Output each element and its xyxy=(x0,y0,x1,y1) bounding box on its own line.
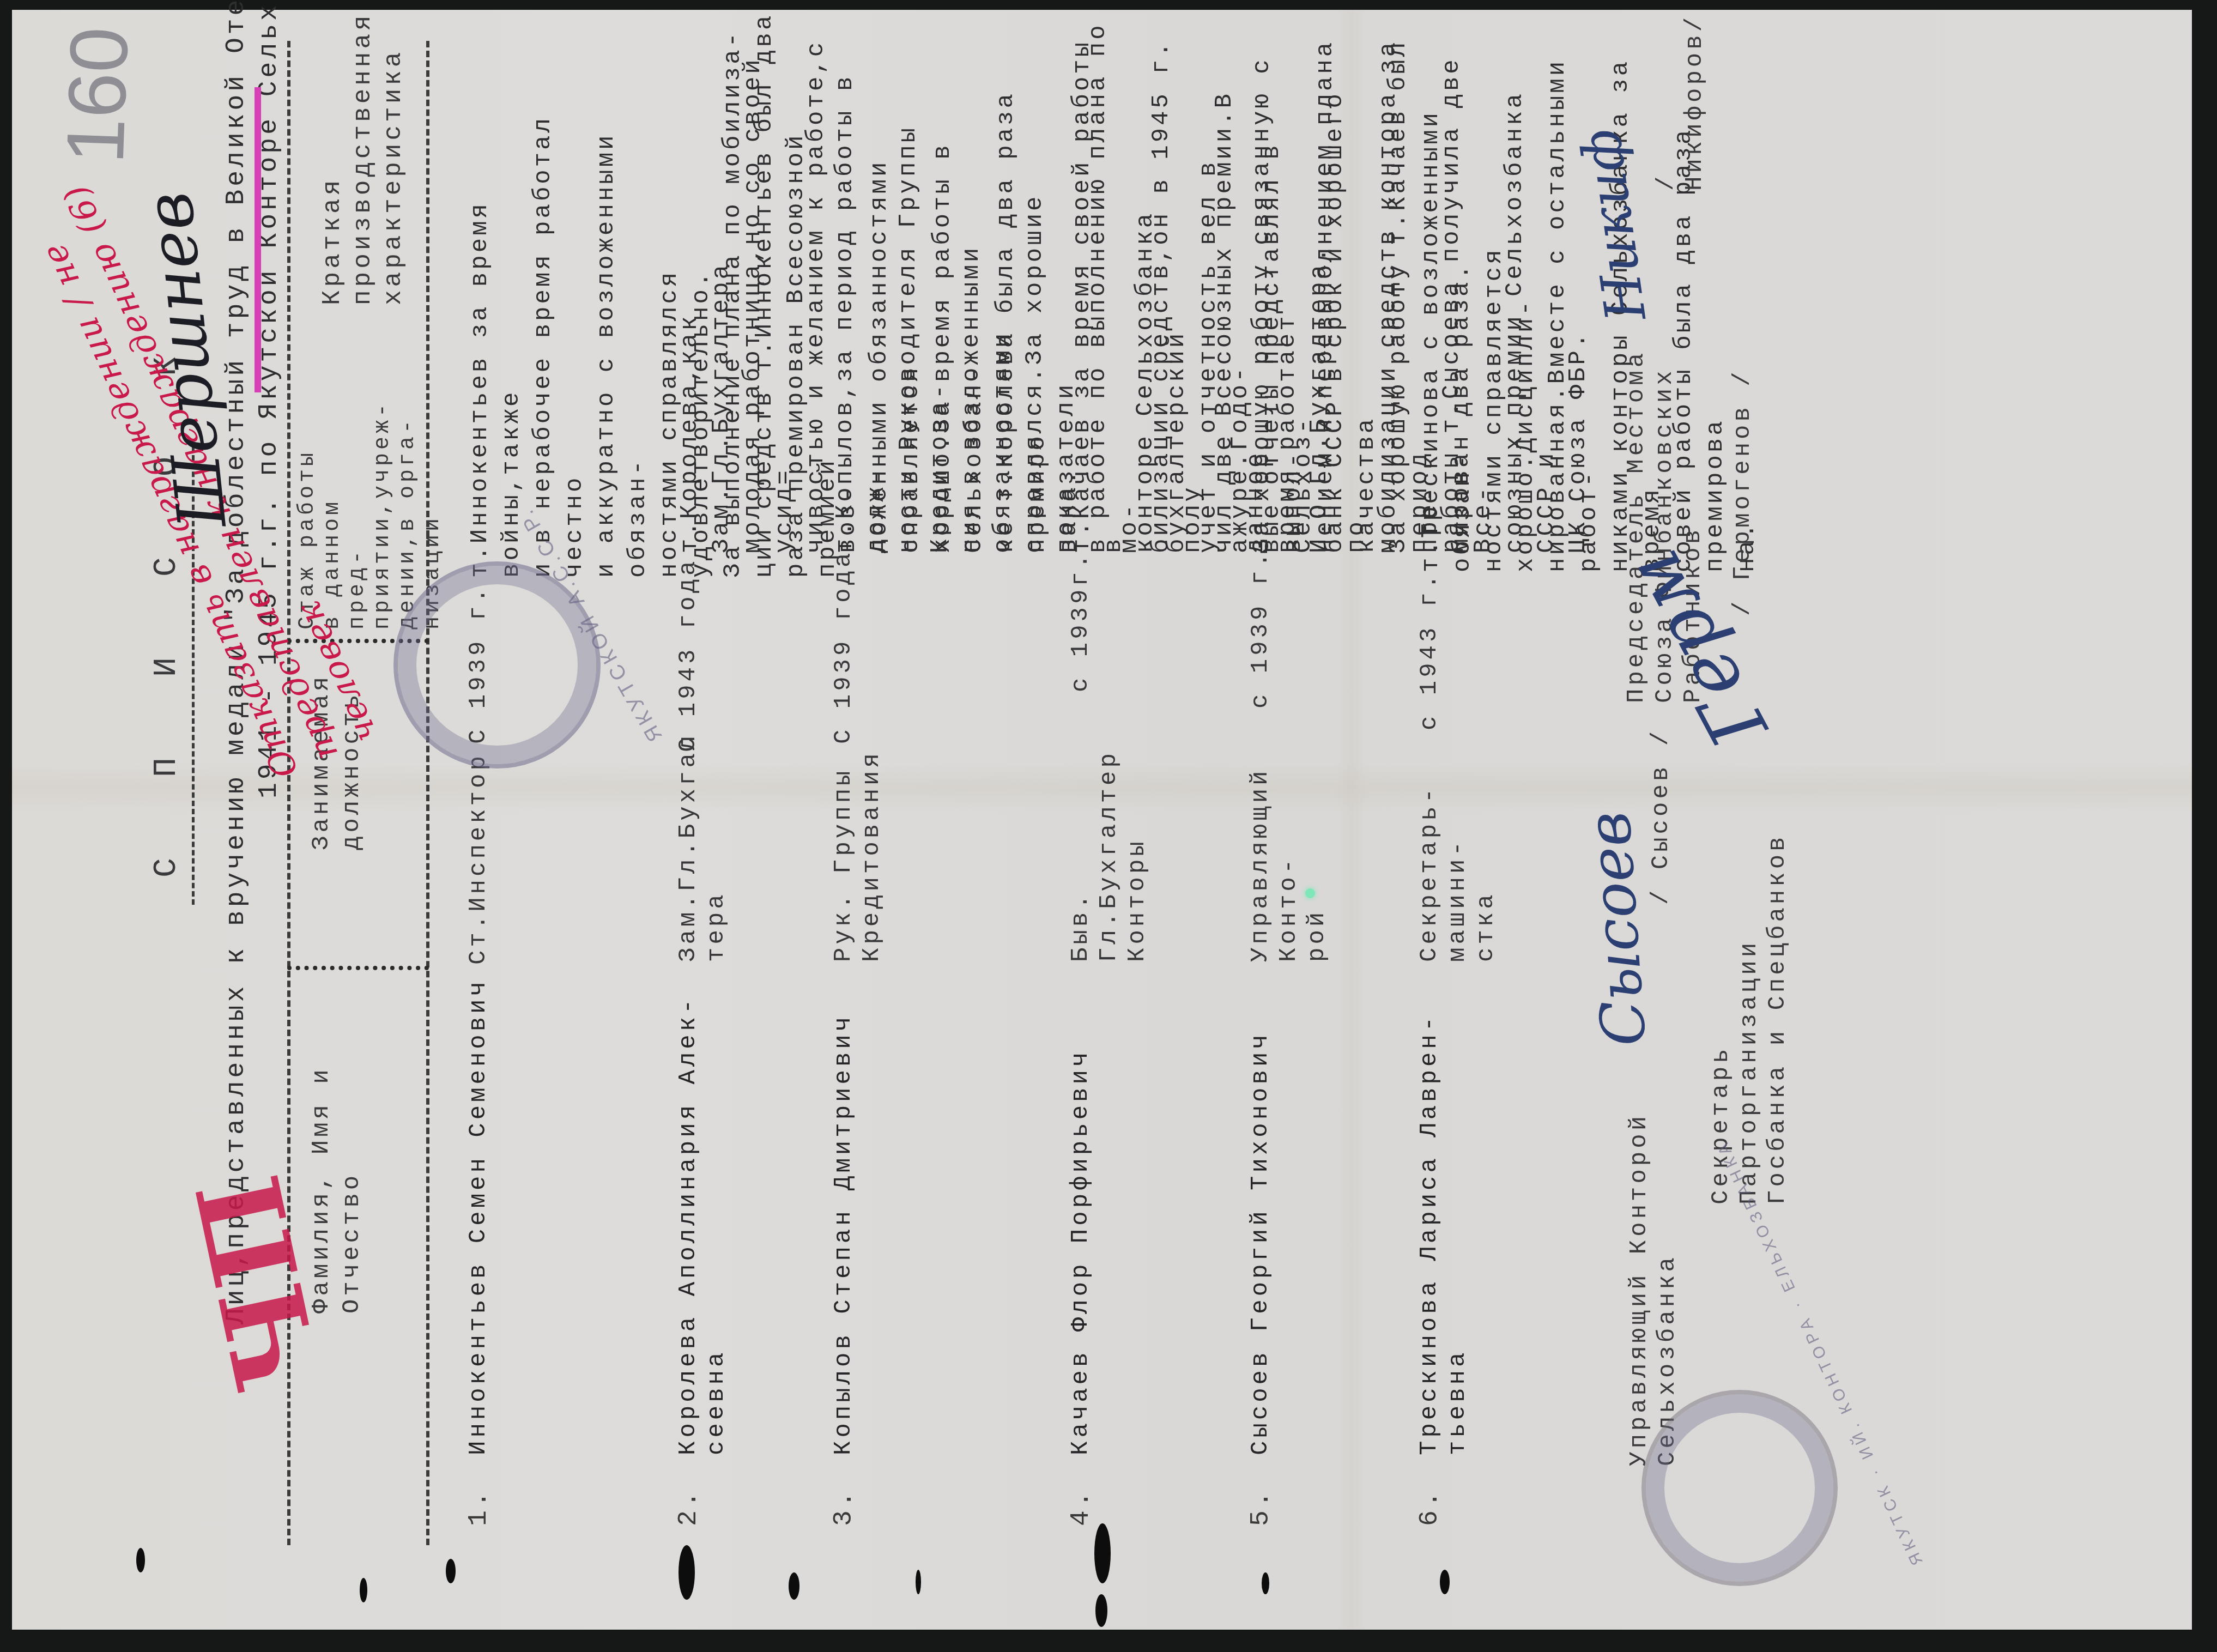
column-header-characterization: Краткая производственная характеристика xyxy=(317,0,409,305)
union-printed-name: /Никифоров/ xyxy=(1652,10,1709,191)
punch-hole xyxy=(446,1559,456,1583)
manager-signature-label: Управляющий Конторой Сельхозбанка xyxy=(1625,976,1682,1466)
archival-document: 160 С П И С О К Лиц,представленных к вру… xyxy=(12,10,2192,1630)
row-5-name: Сысоев Георгий Тихонович xyxy=(1246,965,1275,1455)
row-2-name: Королева Аполлинария Алек- сеевна xyxy=(674,965,731,1455)
punch-hole xyxy=(1262,1572,1269,1594)
row-1-name: Иннокентьев Семен Семенович xyxy=(464,965,493,1455)
ink-blot xyxy=(1094,1523,1111,1583)
row-3-name: Копылов Степан Дмитриевич xyxy=(829,965,858,1455)
punch-hole xyxy=(916,1570,921,1594)
row-1-position: Ст.Инспектор xyxy=(464,747,493,965)
row-3-position: Рук. Группы Кредитования xyxy=(829,733,886,962)
party-signature-label: Секретарь Парторганизации Госбанка и Спе… xyxy=(1707,768,1792,1205)
punch-hole xyxy=(1440,1570,1450,1594)
row-4-position: Быв. Гл.Бухгалтер Конторы xyxy=(1067,679,1152,962)
official-stamp-bottom xyxy=(1641,1390,1838,1586)
row-6-name: Трескинова Лариса Лаврен- тьевна xyxy=(1415,965,1472,1455)
punch-hole xyxy=(360,1578,367,1602)
scanner-artifact-dot xyxy=(1305,888,1315,898)
punch-hole xyxy=(1095,1594,1107,1627)
magenta-marker-underline xyxy=(255,87,261,392)
table-header-bottom-rule xyxy=(426,41,429,1545)
row-5-number: 5. xyxy=(1246,1488,1276,1526)
manager-printed-name: / Сысоев / xyxy=(1647,728,1675,905)
row-6-characterization: т.Трескинова с возложенными обязан- ност… xyxy=(1415,16,1763,572)
row-2-position: Зам.Гл.Бухгал тера xyxy=(674,717,731,962)
row-6-number: 6. xyxy=(1415,1488,1445,1526)
punch-hole xyxy=(136,1548,145,1572)
ink-blot xyxy=(679,1545,695,1600)
row-1-number: 1. xyxy=(464,1488,494,1526)
col-separator-1 xyxy=(287,966,429,970)
row-2-number: 2. xyxy=(674,1488,704,1526)
punch-hole xyxy=(789,1572,799,1600)
party-printed-name: / Гермогенов / xyxy=(1729,368,1757,616)
row-5-position: Управляющий Конто- рой xyxy=(1246,679,1331,962)
row-4-number: 4. xyxy=(1067,1488,1096,1526)
row-3-number: 3. xyxy=(829,1488,859,1526)
row-4-name: Качаев Флор Порфирьевич xyxy=(1067,965,1095,1455)
